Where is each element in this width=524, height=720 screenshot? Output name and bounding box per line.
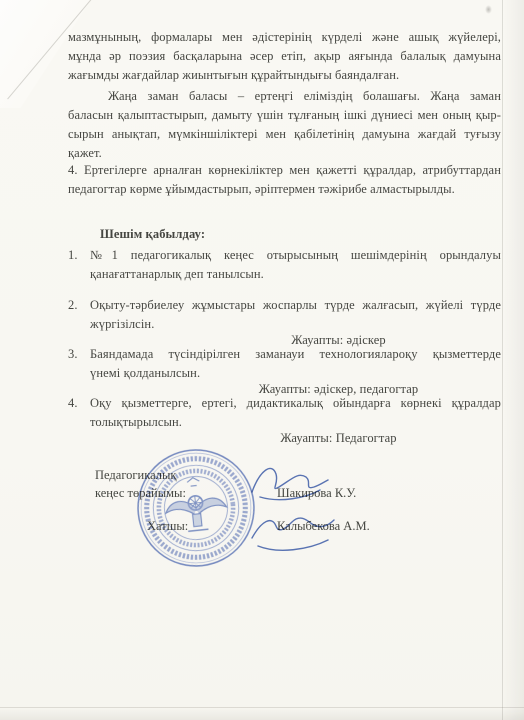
- text-line: мұнда әр поэзия басқаларына әсер етіп, а…: [68, 47, 501, 66]
- scan-smudge: [485, 5, 492, 14]
- decision-item-3: 3. Баяндамада түсіндірілген заманауи тех…: [68, 345, 501, 398]
- text-line: Жаңа заман баласы – ертеңгі еліміздің бо…: [68, 87, 501, 106]
- paragraph-new-era-child: Жаңа заман баласы – ертеңгі еліміздің бо…: [68, 87, 501, 163]
- text-line: №1 педагогикалық кеңес отырысының шешімд…: [90, 246, 501, 265]
- text-line: Баяндамада түсіндірілген заманауи технол…: [90, 345, 501, 364]
- chair-signature-squiggle: [252, 468, 328, 499]
- paragraph-continuation: мазмұнының, формалары мен әдістерінің кү…: [68, 28, 501, 85]
- decision-item-1: 1. №1 педагогикалық кеңес отырысының шеш…: [68, 246, 501, 284]
- paper-right-edge-shadow: [502, 0, 524, 720]
- text-line: сырын анықтап, мүмкіншіліктері мен қабіл…: [68, 125, 501, 144]
- text-line: мазмұнының, формалары мен әдістерінің кү…: [68, 28, 501, 47]
- responsible-line: Жауапты: Педагогтар: [90, 430, 501, 447]
- decision-number: 4.: [68, 394, 90, 447]
- decision-item-2: 2. Оқыту-тәрбиелеу жұмыстары жоспарлы тү…: [68, 296, 501, 349]
- text-line: жағымды жағдайлар жиынтығын құрайтындығы…: [68, 66, 501, 85]
- text-line: Оқыту-тәрбиелеу жұмыстары жоспарлы түрде…: [90, 296, 501, 315]
- paragraph-agenda-item-4: 4. Ертегілерге арналған көрнекіліктер ме…: [68, 161, 501, 199]
- text-line: қанағаттанарлық деп танылсын.: [90, 265, 501, 284]
- decision-number: 3.: [68, 345, 90, 398]
- decision-number: 1.: [68, 246, 90, 284]
- text-line: баласын қалыптастырып, дамыту үшін тұлға…: [68, 106, 501, 125]
- decision-text: Баяндамада түсіндірілген заманауи технол…: [90, 345, 501, 398]
- decision-list: 1. №1 педагогикалық кеңес отырысының шеш…: [68, 246, 501, 447]
- text-line: педагогтар көрме ұйымдастырып, әріптерме…: [68, 180, 501, 199]
- decision-text: №1 педагогикалық кеңес отырысының шешімд…: [90, 246, 501, 284]
- secretary-signature-squiggle: [252, 518, 334, 550]
- decision-text: Оқу қызметтерге, ертегі, дидактикалық ой…: [90, 394, 501, 447]
- text-line: Оқу қызметтерге, ертегі, дидактикалық ой…: [90, 394, 501, 413]
- handwritten-signatures: [180, 450, 350, 560]
- text-line: 4. Ертегілерге арналған көрнекіліктер ме…: [68, 161, 501, 180]
- scanned-protocol-page: мазмұнының, формалары мен әдістерінің кү…: [0, 0, 524, 720]
- decision-text: Оқыту-тәрбиелеу жұмыстары жоспарлы түрде…: [90, 296, 501, 349]
- paper-bottom-edge-shadow: [0, 707, 524, 720]
- decision-heading: Шешім қабылдау:: [100, 225, 501, 244]
- document-text-column: мазмұнының, формалары мен әдістерінің кү…: [68, 28, 501, 443]
- decision-item-4: 4. Оқу қызметтерге, ертегі, дидактикалық…: [68, 394, 501, 447]
- decision-number: 2.: [68, 296, 90, 349]
